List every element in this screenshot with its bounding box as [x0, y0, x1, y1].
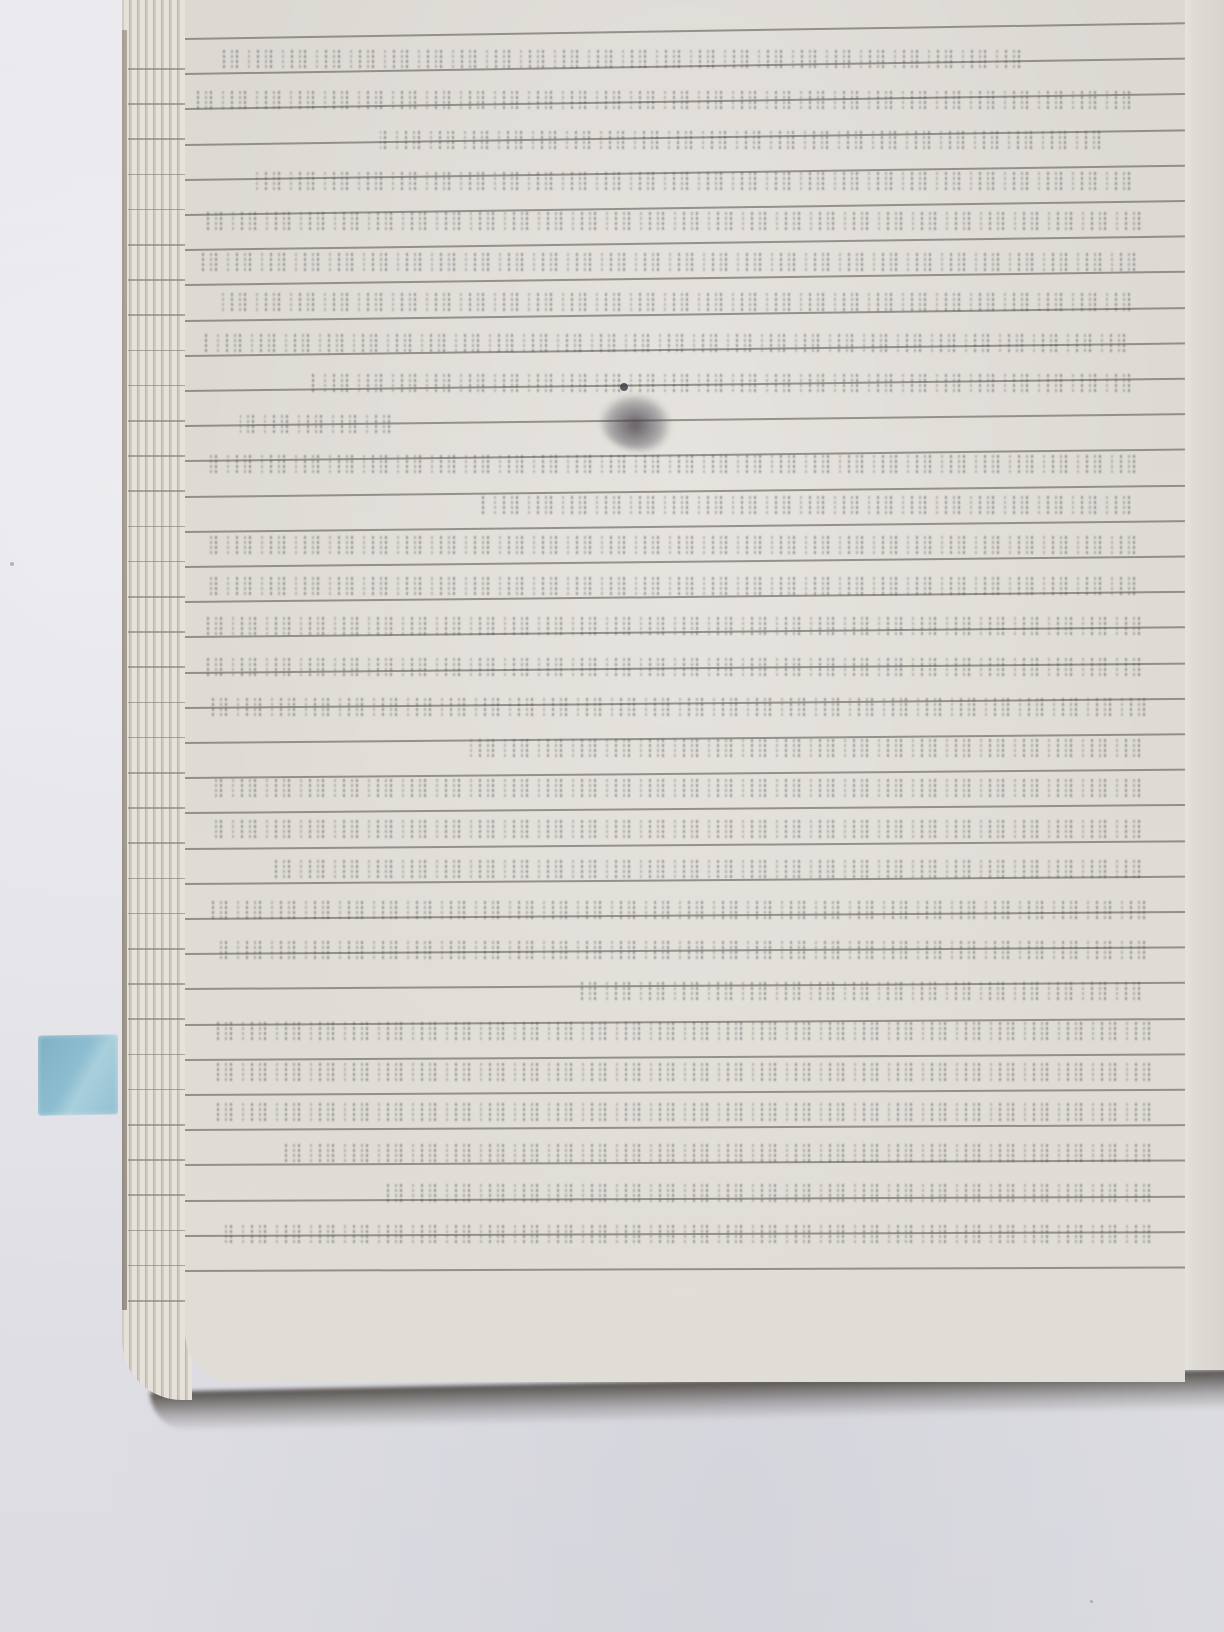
- handwritten-line: [580, 982, 1140, 1000]
- handwritten-line: [190, 91, 1130, 109]
- page-stack-tick: [128, 913, 186, 915]
- handwritten-line: [280, 1144, 1150, 1162]
- ruled-line: [185, 22, 1185, 39]
- ruled-line: [185, 804, 1185, 814]
- illegible-text: [480, 496, 1130, 514]
- page-stack-tick: [128, 279, 186, 281]
- handwritten-line: [215, 941, 1145, 959]
- handwritten-line: [210, 901, 1145, 919]
- illegible-text: [380, 131, 1100, 149]
- page-stack-tick: [128, 103, 186, 105]
- handwritten-line: [205, 536, 1135, 554]
- ruled-line: [185, 1267, 1185, 1272]
- illegible-text: [210, 820, 1140, 838]
- handwritten-line: [205, 617, 1140, 635]
- handwritten-line: [210, 779, 1140, 797]
- handwritten-line: [205, 455, 1135, 473]
- page-stack-tick: [128, 807, 186, 809]
- illegible-text: [220, 1225, 1150, 1243]
- ruled-line: [185, 840, 1185, 849]
- page-stack-tick: [128, 666, 186, 668]
- illegible-text: [205, 577, 1135, 595]
- illegible-text: [580, 982, 1140, 1000]
- illegible-text: [200, 212, 1140, 230]
- illegible-text: [210, 901, 1145, 919]
- page-stack-tick: [128, 1300, 186, 1302]
- illegible-text: [205, 334, 1125, 352]
- illegible-text: [270, 860, 1140, 878]
- illegible-text: [240, 415, 390, 433]
- handwritten-line: [215, 1063, 1150, 1081]
- illegible-text: [280, 1144, 1150, 1162]
- page-stack-tick: [128, 737, 186, 739]
- handwritten-line: [220, 50, 1020, 68]
- handwritten-line: [205, 577, 1135, 595]
- handwritten-line: [205, 334, 1125, 352]
- page-stack-tick: [128, 772, 186, 774]
- illegible-text: [215, 1022, 1150, 1040]
- handwritten-line: [380, 1184, 1150, 1202]
- page-stack-tick: [128, 948, 186, 950]
- page-stack-tick: [128, 420, 186, 422]
- sticky-index-tab: [38, 1034, 118, 1115]
- ruled-line: [185, 1124, 1185, 1130]
- handwritten-line: [210, 698, 1145, 716]
- handwritten-line: [195, 253, 1135, 271]
- page-stack-tick: [128, 1018, 186, 1020]
- handwritten-line: [200, 212, 1140, 230]
- illegible-text: [210, 698, 1145, 716]
- ruled-line: [185, 1089, 1185, 1096]
- page-stack-tick: [128, 174, 186, 176]
- handwritten-line: [250, 172, 1130, 190]
- page-stack-tick: [128, 138, 186, 140]
- page-stack-tick: [128, 1054, 186, 1056]
- handwritten-line: [215, 1022, 1150, 1040]
- surface-speck: [10, 562, 14, 566]
- illegible-text: [205, 617, 1140, 635]
- illegible-text: [190, 91, 1130, 109]
- page-stack-tick: [128, 842, 186, 844]
- handwritten-line: [380, 131, 1100, 149]
- illegible-text: [205, 455, 1135, 473]
- page-stack-tick: [128, 702, 186, 704]
- page-stack-tick: [128, 1265, 186, 1267]
- handwritten-line: [480, 496, 1130, 514]
- ruled-line: [185, 236, 1185, 251]
- ruled-line: [185, 520, 1185, 532]
- page-stack-tick: [128, 385, 186, 387]
- page-stack-tick: [128, 596, 186, 598]
- handwritten-line: [220, 1225, 1150, 1243]
- page-stack-tick: [128, 526, 186, 528]
- ruled-line: [185, 769, 1185, 779]
- handwritten-line: [310, 374, 1130, 392]
- illegible-text: [220, 50, 1020, 68]
- page-stack-tick: [128, 314, 186, 316]
- handwritten-line: [460, 739, 1140, 757]
- handwritten-line: [240, 415, 390, 433]
- page-stack-tick: [128, 983, 186, 985]
- page-stack-tick: [128, 244, 186, 246]
- page-stack-tick: [128, 455, 186, 457]
- page-stack-tick: [128, 209, 186, 211]
- illegible-text: [310, 374, 1130, 392]
- ruled-line: [185, 1053, 1185, 1060]
- notebook-page: [185, 0, 1185, 1382]
- handwritten-line: [220, 293, 1130, 311]
- page-stack-tick: [128, 878, 186, 880]
- illegible-text: [215, 941, 1145, 959]
- ink-smudge: [600, 395, 670, 450]
- page-stack-tick: [128, 1230, 186, 1232]
- ruled-line: [185, 271, 1185, 286]
- page-stack-tick: [128, 631, 186, 633]
- page-stack-tick: [128, 1159, 186, 1161]
- page-stack-tick: [128, 68, 186, 70]
- page-stack-tick: [128, 350, 186, 352]
- illegible-text: [205, 658, 1140, 676]
- handwritten-line: [215, 1103, 1150, 1121]
- surface-speck: [1090, 1600, 1093, 1603]
- illegible-text: [250, 172, 1130, 190]
- illegible-text: [380, 1184, 1150, 1202]
- illegible-text: [215, 1103, 1150, 1121]
- page-stack-tick: [128, 1124, 186, 1126]
- illegible-text: [460, 739, 1140, 757]
- illegible-text: [215, 1063, 1150, 1081]
- page-stack-tick: [128, 1194, 186, 1196]
- notebook-spine-edge: [122, 30, 127, 1310]
- illegible-text: [195, 253, 1135, 271]
- illegible-text: [210, 779, 1140, 797]
- handwritten-line: [205, 658, 1140, 676]
- page-stack-tick: [128, 1089, 186, 1091]
- illegible-text: [220, 293, 1130, 311]
- handwritten-line: [270, 860, 1140, 878]
- handwritten-line: [210, 820, 1140, 838]
- page-stack-tick: [128, 490, 186, 492]
- illegible-text: [205, 536, 1135, 554]
- ruled-line: [185, 556, 1185, 568]
- page-stack-tick: [128, 561, 186, 563]
